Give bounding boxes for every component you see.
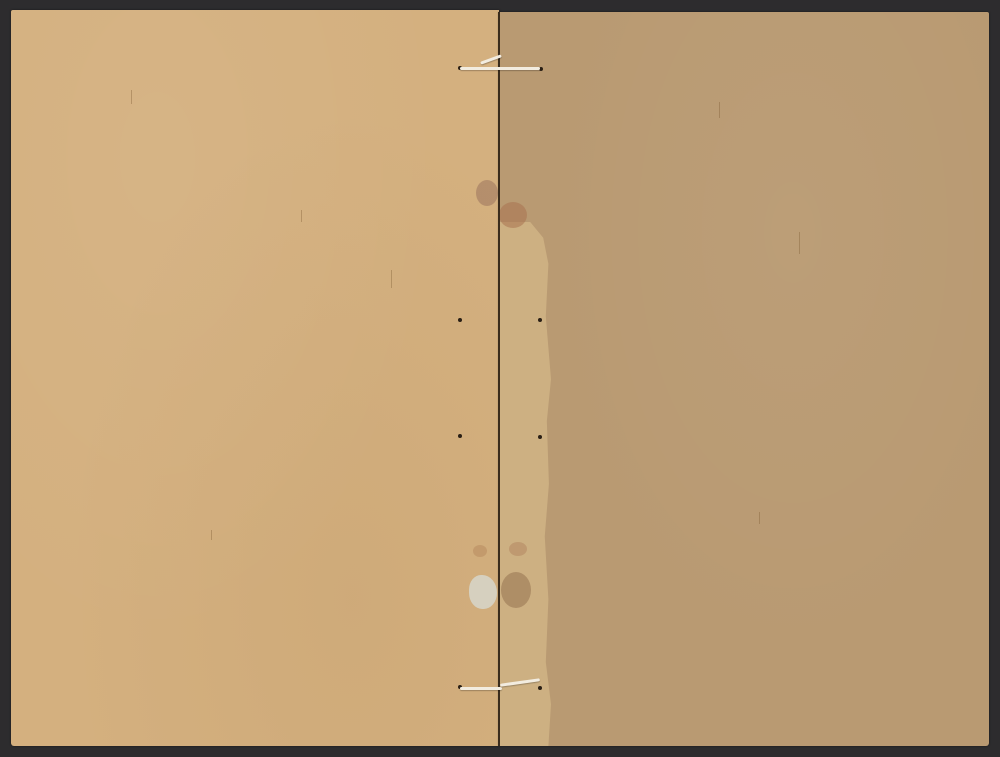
paper-fiber xyxy=(131,90,132,104)
tear-patch xyxy=(469,575,497,609)
paper-fiber xyxy=(759,512,760,524)
paper-fiber xyxy=(301,210,302,222)
stitch-hole xyxy=(538,435,542,439)
binding-string-bottom xyxy=(460,687,502,690)
paper-fiber xyxy=(211,530,212,540)
spine-gap xyxy=(498,12,500,746)
torn-paper-strip xyxy=(499,222,551,746)
stitch-hole xyxy=(538,318,542,322)
stain xyxy=(476,180,498,206)
stain xyxy=(509,542,527,556)
stain xyxy=(501,572,531,608)
paper-fiber xyxy=(799,232,800,254)
stain xyxy=(499,202,527,228)
stain xyxy=(473,545,487,557)
binding-string-top xyxy=(460,67,540,70)
stitch-hole xyxy=(538,686,542,690)
paper-fiber xyxy=(719,102,720,118)
left-cover xyxy=(11,10,499,746)
scan-background xyxy=(0,0,1000,757)
paper-fiber xyxy=(391,270,392,288)
stitch-hole xyxy=(458,318,462,322)
right-cover xyxy=(499,12,989,746)
stitch-hole xyxy=(458,434,462,438)
